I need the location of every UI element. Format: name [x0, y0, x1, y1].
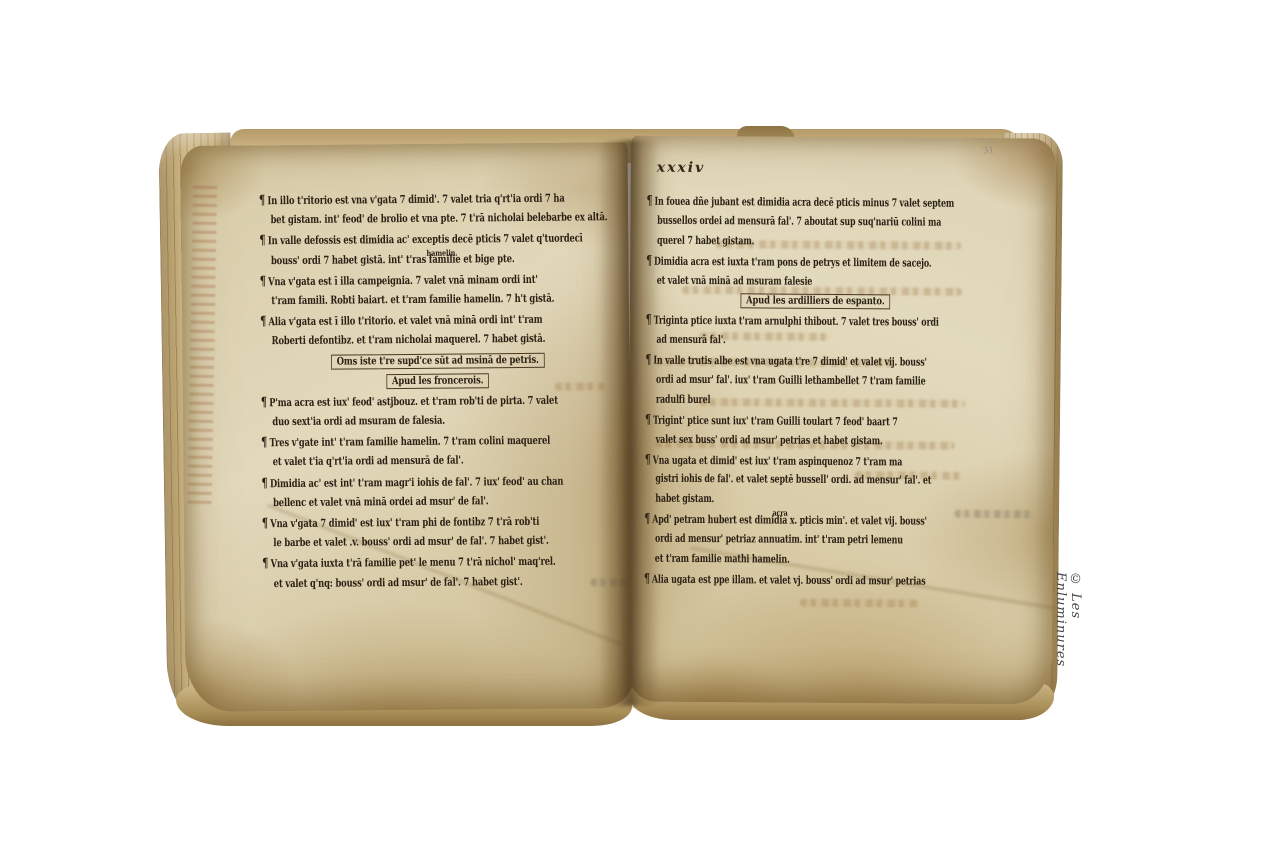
- line-text: Roberti defontibz. et t'ram nicholai maq…: [272, 332, 546, 347]
- line-content: Roberti defontibz. et t'ram nicholai maq…: [260, 332, 545, 347]
- paragraph-mark-icon: ¶: [261, 435, 267, 450]
- paragraph-mark-icon: ¶: [262, 516, 268, 531]
- line-text: et t'ram familie mathi hamelin.: [655, 552, 790, 566]
- paragraph-mark-icon: ¶: [644, 512, 650, 527]
- manuscript-line: bussellos ordei ad mensurā fal'. 7 about…: [646, 214, 984, 236]
- line-content: ¶In valle trutis albe est vna ugata t're…: [645, 353, 927, 370]
- line-content: le barbe et valet .v. bouss' ordi ad msu…: [262, 534, 549, 550]
- line-content: et t'ram familie mathi hamelin.: [644, 552, 790, 566]
- line-content: querel 7 habet gistam.: [646, 233, 754, 247]
- line-text: Vna v'gata iuxta t'rā familie pet' le me…: [271, 555, 556, 570]
- line-content: ad mensurā fal'.: [646, 333, 726, 347]
- left-page: ¶In illo t'ritorio est vna v'gata 7 dimi…: [181, 142, 633, 712]
- line-text: et valet vnā minā ad msuram falesie: [657, 273, 813, 287]
- line-content: ¶Apd' petram hubert est dimidia x. ptici…: [644, 512, 927, 529]
- line-text: Alia ugata est ppe illam. et valet vj. b…: [652, 573, 926, 588]
- line-text: habet gistam.: [655, 492, 714, 505]
- manuscript-line: ordi ad mensur' petriaz annuatim. int' t…: [644, 532, 982, 554]
- line-content: ¶P'ma acra est iux' feod' astjbouz. et t…: [261, 393, 558, 411]
- line-text: et valet t'ia q'rt'ia ordi ad mensurā de…: [273, 454, 464, 469]
- line-text: Vna ugata et dimid' est iux' t'ram aspin…: [653, 453, 903, 468]
- line-text: Vna v'gata est ī illa campeignia. 7 vale…: [268, 273, 538, 288]
- paragraph-mark-icon: ¶: [259, 193, 265, 208]
- line-content: valet sex buss' ordi ad msur' petrias et…: [645, 432, 883, 447]
- line-content: Oms iste t're supd'ce sūt ad msinā de pe…: [331, 352, 544, 369]
- line-content: gistri iohis de fal'. et valet septē bus…: [645, 472, 932, 487]
- line-text: Tres v'gate int' t'ram familie hamelin. …: [269, 434, 550, 449]
- manuscript-line: et valet vnā minā ad msuram falesie: [646, 273, 984, 295]
- manuscript-line: valet sex buss' ordi ad msur' petrias et…: [645, 432, 983, 454]
- line-text: ad mensurā fal'.: [656, 333, 725, 346]
- manuscript-line: ad mensurā fal'.: [645, 333, 983, 355]
- left-page-text: ¶In illo t'ritorio est vna v'gata 7 dimi…: [259, 190, 617, 597]
- photo-canvas: ¶In illo t'ritorio est vna v'gata 7 dimi…: [0, 0, 1280, 860]
- line-content: duo sext'ia ordi ad msuram de falesia.: [261, 414, 445, 429]
- folio-number: xxxiv: [657, 160, 706, 176]
- manuscript-line: ¶Vna ugata et dimid' est iux' t'ram aspi…: [645, 452, 983, 474]
- manuscript-line: et t'ram familie mathi hamelin.: [644, 552, 982, 574]
- manuscript-line: ¶Trigint' ptice sunt iux' t'ram Guilli t…: [645, 412, 983, 434]
- line-content: ¶Alia ugata est ppe illam. et valet vj. …: [644, 572, 926, 589]
- line-content: ¶In fouea dñe jubant est dimidia acra de…: [646, 194, 954, 211]
- line-text: bussellos ordei ad mensurā fal'. 7 about…: [657, 214, 941, 229]
- manuscript-line: gistri iohis de fal'. et valet septē bus…: [644, 472, 982, 494]
- line-text: Vna v'gata 7 dimid' est iux' t'ram phi d…: [270, 515, 539, 530]
- line-text: Apud les ardilliers de espanto.: [746, 295, 884, 308]
- line-content: ¶Triginta ptice iuxta t'ram arnulphi thi…: [646, 313, 939, 330]
- line-text: ordi ad mensur' petriaz annuatim. int' t…: [655, 532, 903, 547]
- line-content: et valet q'nq: bouss' ordi ad msur' de f…: [262, 575, 522, 590]
- line-text: bouss' ordi 7 habet gistā. int' t'ras fa…: [271, 252, 515, 267]
- manuscript-line: ¶Triginta ptice iuxta t'ram arnulphi thi…: [646, 313, 984, 335]
- manuscript-line: ¶In valle trutis albe est vna ugata t're…: [645, 353, 983, 375]
- wormholes-specks: [0, 0, 2, 2]
- paragraph-mark-icon: ¶: [646, 253, 652, 268]
- line-content: et valet vnā minā ad msuram falesie: [646, 273, 812, 287]
- line-content: bellenc et valet vnā minā ordei ad msur'…: [262, 494, 489, 509]
- paragraph-mark-icon: ¶: [644, 572, 650, 587]
- line-text: Dimidia ac' est int' t'ram magr'i iohis …: [270, 474, 564, 490]
- manuscript-line: ¶Alia ugata est ppe illam. et valet vj. …: [644, 572, 982, 594]
- line-content: bussellos ordei ad mensurā fal'. 7 about…: [646, 214, 941, 229]
- line-content: bouss' ordi 7 habet gistā. int' t'ras fa…: [259, 252, 514, 267]
- manuscript-line: ordi ad msur' fal'. iux' t'ram Guilli le…: [645, 373, 983, 395]
- right-page-text: ¶In fouea dñe jubant est dimidia acra de…: [644, 194, 985, 594]
- line-content: ordi ad msur' fal'. iux' t'ram Guilli le…: [645, 373, 925, 388]
- line-text: Alia v'gata est ī illo t'ritorio. et val…: [268, 313, 542, 328]
- line-content: ¶In valle defossis est dimidia ac' excep…: [259, 231, 582, 249]
- line-content: ¶Vna v'gata 7 dimid' est iux' t'ram phi …: [262, 514, 539, 531]
- line-text: bellenc et valet vnā minā ordei ad msur'…: [273, 494, 489, 509]
- line-content: ¶Dimidia ac' est int' t'ram magr'i iohis…: [261, 473, 563, 491]
- line-text: t'ram famili. Robti baiart. et t'ram fam…: [271, 292, 554, 307]
- pencil-foliation: 31: [982, 145, 995, 156]
- line-content: ¶Trigint' ptice sunt iux' t'ram Guilli t…: [645, 412, 898, 429]
- line-content: et valet t'ia q'rt'ia ordi ad mensurā de…: [261, 454, 463, 469]
- line-text: et valet q'nq: bouss' ordi ad msur' de f…: [274, 575, 523, 590]
- line-content: Apud les froncerois.: [386, 373, 489, 389]
- line-text: Oms iste t're supd'ce sūt ad msinā de pe…: [336, 353, 538, 367]
- line-content: ¶Vna v'gata iuxta t'rā familie pet' le m…: [262, 554, 556, 572]
- paragraph-mark-icon: ¶: [645, 452, 651, 467]
- manuscript-line: et valet q'nq: bouss' ordi ad msur' de f…: [262, 574, 616, 597]
- paragraph-mark-icon: ¶: [646, 313, 652, 328]
- line-text: In valle defossis est dimidia ac' except…: [268, 232, 583, 248]
- copyright-watermark: © Les Enluminures: [1053, 572, 1083, 712]
- paragraph-mark-icon: ¶: [645, 353, 651, 368]
- paragraph-mark-icon: ¶: [645, 412, 651, 427]
- manuscript-line: radulfi burel: [645, 393, 983, 415]
- line-text: Dimidia acra est iuxta t'ram pons de pet…: [654, 254, 932, 269]
- manuscript-line: Apud les ardilliers de espanto.: [646, 293, 984, 315]
- manuscript-line: querel 7 habet gistam.: [646, 233, 984, 255]
- line-content: ¶Vna v'gata est ī illa campeignia. 7 val…: [260, 272, 538, 289]
- line-text: le barbe et valet .v. bouss' ordi ad msu…: [273, 534, 548, 549]
- right-page: xxxiv 31 ¶In fouea dñe jubant est dimidi…: [627, 136, 1056, 705]
- paragraph-mark-icon: ¶: [259, 234, 265, 249]
- marginalia-notes: [187, 186, 217, 506]
- manuscript-line: habet gistam.: [644, 492, 982, 514]
- line-content: bet gistam. int' feod' de brolio et vna …: [259, 210, 607, 226]
- line-text: In fouea dñe jubant est dimidia acra dec…: [654, 195, 954, 210]
- paragraph-mark-icon: ¶: [260, 274, 266, 289]
- paragraph-mark-icon: ¶: [260, 314, 266, 329]
- manuscript-book: ¶In illo t'ritorio est vna v'gata 7 dimi…: [0, 0, 1280, 860]
- line-content: radulfi burel: [645, 393, 710, 406]
- line-content: ¶In illo t'ritorio est vna v'gata 7 dimi…: [259, 191, 565, 209]
- line-text: In illo t'ritorio est vna v'gata 7 dimid…: [267, 192, 564, 208]
- line-text: Trigint' ptice sunt iux' t'ram Guilli to…: [653, 413, 898, 428]
- line-text: ordi ad msur' fal'. iux' t'ram Guilli le…: [656, 373, 926, 388]
- line-content: t'ram famili. Robti baiart. et t'ram fam…: [260, 292, 555, 308]
- line-text: gistri iohis de fal'. et valet septē bus…: [655, 472, 931, 487]
- line-text: duo sext'ia ordi ad msuram de falesia.: [272, 414, 445, 429]
- line-text: valet sex buss' ordi ad msur' petrias et…: [656, 432, 883, 447]
- line-content: ¶Tres v'gate int' t'ram familie hamelin.…: [261, 433, 550, 451]
- manuscript-line: ¶Apd' petram hubert est dimidia x. ptici…: [644, 512, 982, 534]
- line-text: bet gistam. int' feod' de brolio et vna …: [271, 210, 608, 226]
- manuscript-line: ¶Dimidia acra est iuxta t'ram pons de pe…: [646, 253, 984, 275]
- line-content: ordi ad mensur' petriaz annuatim. int' t…: [644, 532, 903, 547]
- paragraph-mark-icon: ¶: [261, 476, 267, 491]
- line-text: querel 7 habet gistam.: [657, 233, 754, 247]
- paragraph-mark-icon: ¶: [261, 395, 267, 410]
- line-content: ¶Dimidia acra est iuxta t'ram pons de pe…: [646, 253, 932, 270]
- line-content: ¶Alia v'gata est ī illo t'ritorio. et va…: [260, 312, 542, 329]
- manuscript-line: ¶In fouea dñe jubant est dimidia acra de…: [646, 194, 984, 216]
- line-text: Triginta ptice iuxta t'ram arnulphi thib…: [654, 314, 939, 329]
- paragraph-mark-icon: ¶: [262, 557, 268, 572]
- show-through-text: [800, 599, 920, 608]
- line-text: radulfi burel: [656, 393, 711, 406]
- line-text: Apd' petram hubert est dimidia x. pticis…: [652, 513, 927, 528]
- line-content: Apud les ardilliers de espanto.: [740, 294, 890, 310]
- line-content: habet gistam.: [644, 492, 714, 505]
- line-text: P'ma acra est iux' feod' astjbouz. et t'…: [269, 394, 558, 410]
- paragraph-mark-icon: ¶: [646, 194, 652, 209]
- line-text: Apud les froncerois.: [392, 374, 483, 387]
- line-text: In valle trutis albe est vna ugata t're …: [653, 354, 927, 369]
- line-content: ¶Vna ugata et dimid' est iux' t'ram aspi…: [645, 452, 903, 469]
